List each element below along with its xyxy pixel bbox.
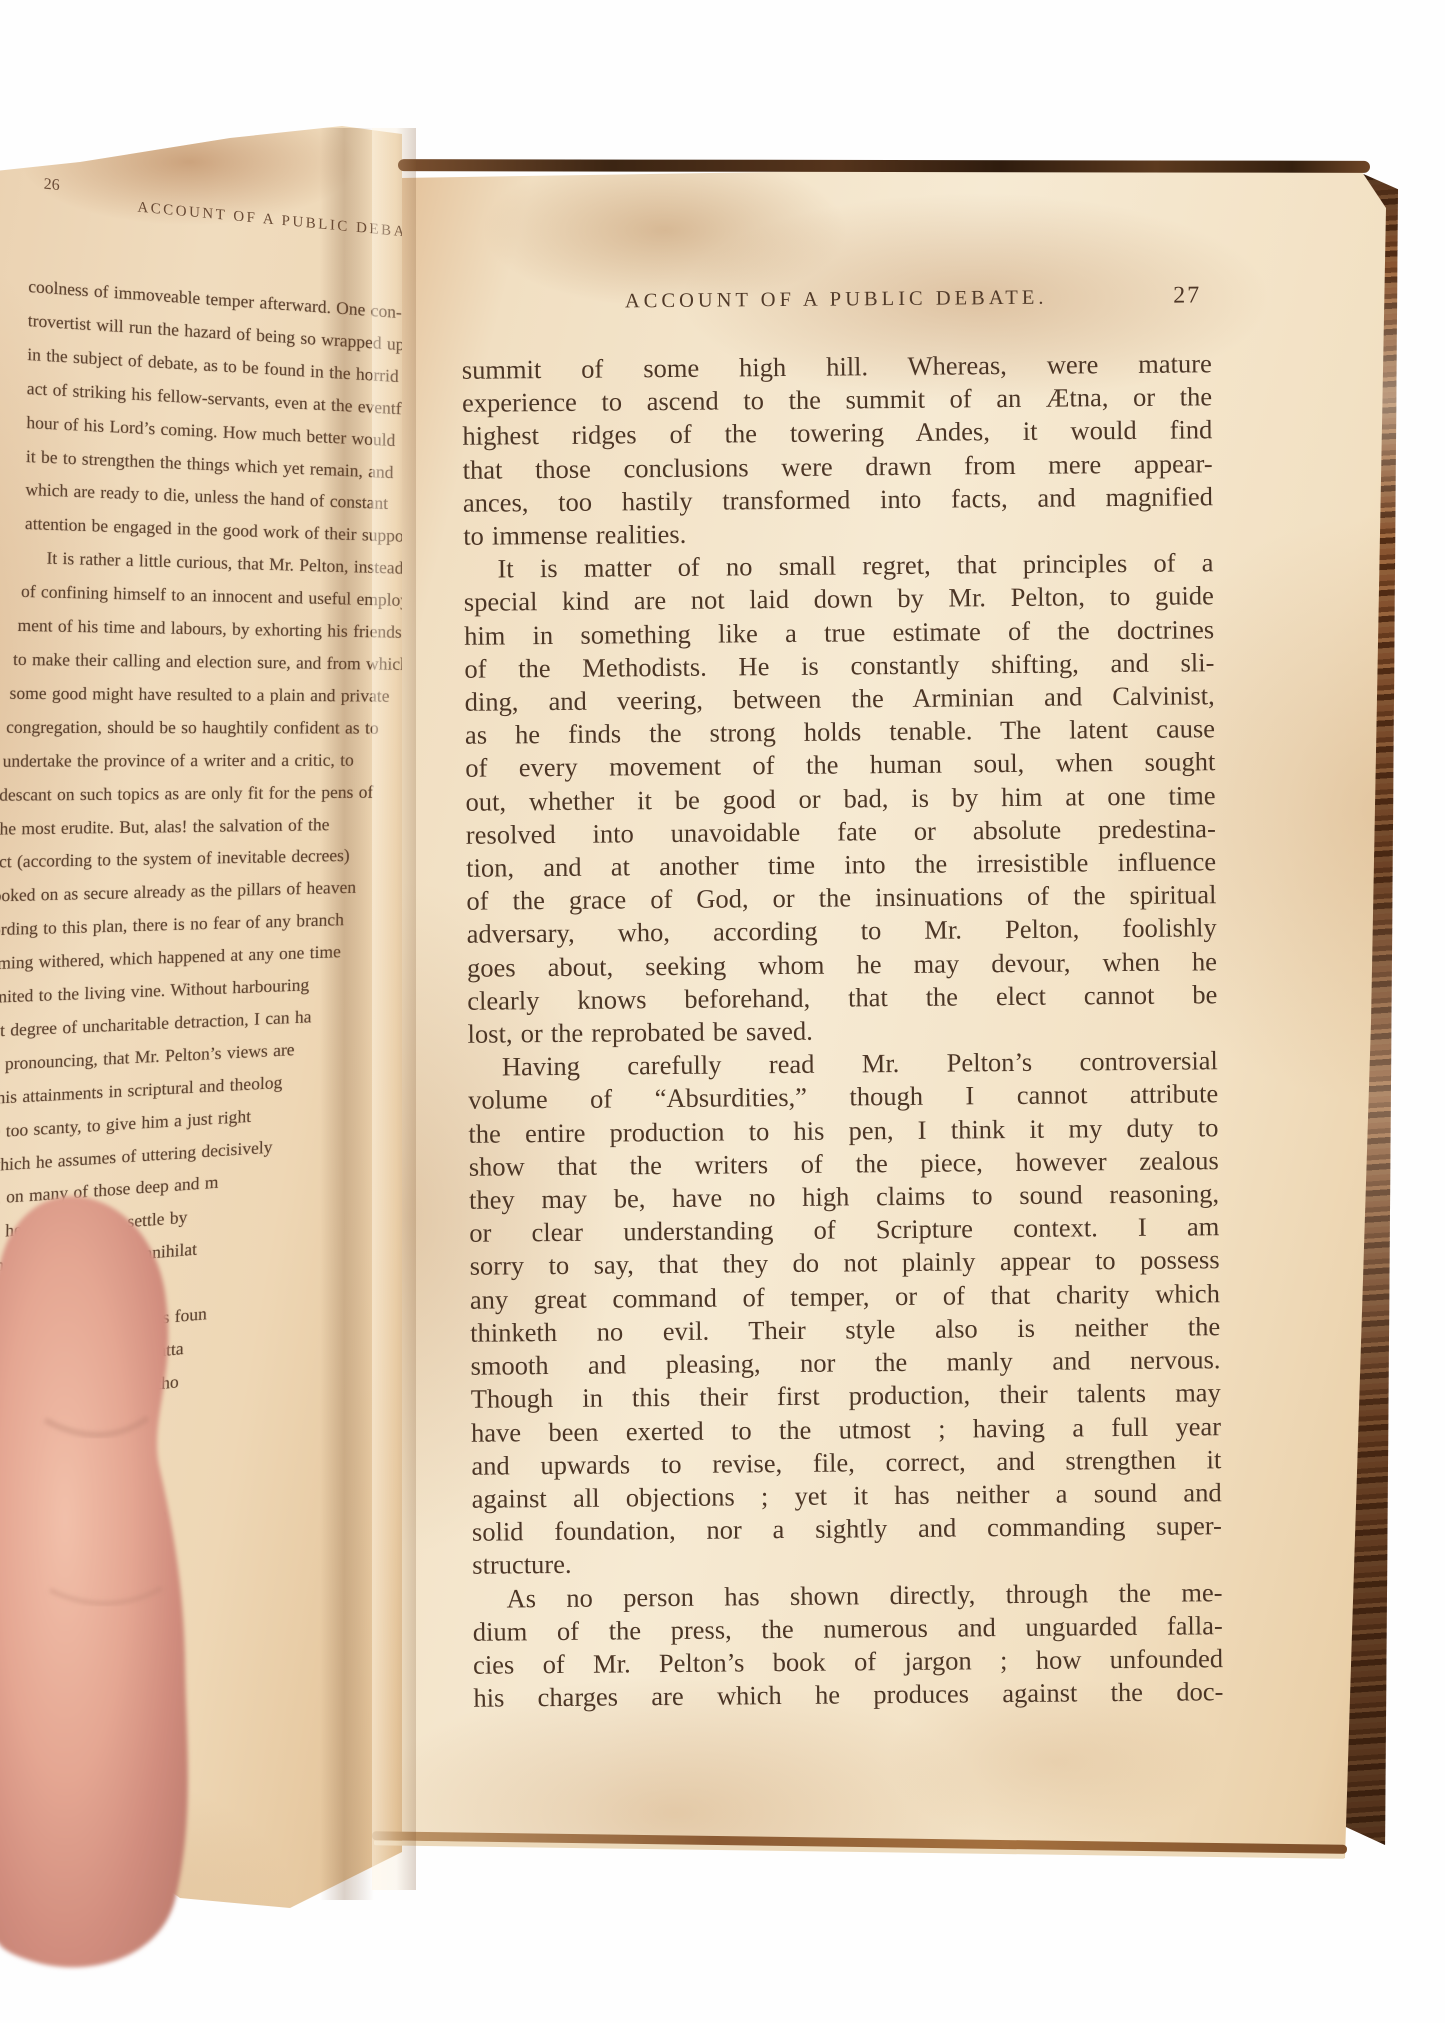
book-top-edge: [398, 159, 1370, 173]
book-text-line: ances, too hastily transformed into fact…: [463, 480, 1213, 520]
running-header: ACCOUNT OF A PUBLIC DEBATE.: [137, 200, 437, 245]
right-page-surface: ACCOUNT OF A PUBLIC DEBATE. 27 summit of…: [395, 158, 1410, 1869]
running-header-text: ACCOUNT OF A PUBLIC DEBATE.: [625, 287, 1048, 313]
page-number: 26: [44, 176, 60, 195]
book-text-line: to make their calling and election sure,…: [13, 643, 407, 682]
page-number: 27: [1173, 282, 1253, 310]
book-text-line: solid foundation, nor a sightly and comm…: [472, 1509, 1222, 1549]
book-photograph: ACCOUNT OF A PUBLIC DEBATE. 27 summit of…: [0, 0, 1445, 2023]
right-page-lines: summit of some high hill. Whereas, were …: [462, 347, 1224, 1715]
book-text-line: his charges are which he produces agains…: [473, 1675, 1223, 1715]
book-text-line: some good might have resulted to a plain…: [10, 677, 407, 714]
running-header: ACCOUNT OF A PUBLIC DEBATE. 27: [461, 285, 1211, 315]
right-page: ACCOUNT OF A PUBLIC DEBATE. 27 summit of…: [395, 162, 1395, 1864]
book-text-line: undertake the province of a writer and a…: [2, 743, 406, 778]
book-text-line: descant on such topics as are only fit f…: [0, 775, 406, 812]
thumb-shape: [0, 1196, 188, 1967]
book-text-line: congregation, should be so haughtily con…: [6, 711, 406, 746]
thumb: [0, 1170, 260, 2010]
book-text-line: clearly knows beforehand, that the elect…: [467, 978, 1217, 1018]
